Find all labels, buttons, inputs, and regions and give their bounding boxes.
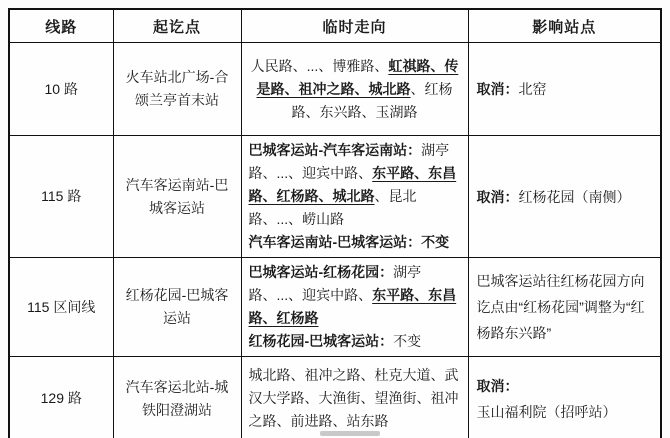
text-segment: 汽车客运南站-巴城客运站：不变 [249,234,450,250]
text-segment: 巴城客运站往红杨花园方向讫点由“红杨花园”调整为“红杨路东兴路” [477,273,645,341]
text-segment: 巴城客运站-汽车客运南站： [249,142,422,158]
cell-line-number: 10 路 [9,43,113,136]
cell-affected-stops: 取消：红杨花园（南侧） [468,136,661,258]
cell-affected-stops: 取消：玉山福利院（招呼站） [468,357,661,438]
text-segment: 取消： [477,81,519,97]
header-row: 线路 起讫点 临时走向 影响站点 [9,9,661,43]
text-segment: 人民路、...、博雅路、 [251,58,389,74]
table-row: 115 路汽车客运南站-巴城客运站巴城客运站-汽车客运南站：湖亭路、...、迎宾… [9,136,661,258]
text-segment: 巴城客运站-红杨花园： [249,264,394,280]
page: 线路 起讫点 临时走向 影响站点 10 路火车站北广场-合颂兰亭首末站人民路、.… [0,0,670,438]
text-segment: 城北路、祖冲之路、杜克大道、武汉大学路、大渔街、望渔街、祖冲之路、前进路、站东路 [249,367,459,429]
text-segment: 北窑 [519,81,547,97]
col-header-endpoints: 起讫点 [113,9,241,43]
text-segment: 取消： [477,189,519,205]
cell-temporary-route: 巴城客运站-汽车客运南站：湖亭路、...、迎宾中路、东平路、东昌路、红杨路、城北… [241,136,468,258]
cell-endpoints: 汽车客运北站-城铁阳澄湖站 [113,357,241,438]
cell-temporary-route: 城北路、祖冲之路、杜克大道、武汉大学路、大渔街、望渔街、祖冲之路、前进路、站东路 [241,357,468,438]
text-segment: 红杨花园-巴城客运站： [249,333,394,349]
cell-endpoints: 汽车客运南站-巴城客运站 [113,136,241,258]
col-header-line: 线路 [9,9,113,43]
table-row: 115 区间线红杨花园-巴城客运站巴城客运站-红杨花园：湖亭路、...、迎宾中路… [9,258,661,357]
text-segment: 红杨花园（南侧） [519,189,631,205]
col-header-affected-stops: 影响站点 [468,9,661,43]
cell-temporary-route: 人民路、...、博雅路、虹祺路、传是路、祖冲之路、城北路、红杨路、东兴路、玉湖路 [241,43,468,136]
text-paragraph: 人民路、...、博雅路、虹祺路、传是路、祖冲之路、城北路、红杨路、东兴路、玉湖路 [249,55,461,124]
text-paragraph: 红杨花园-巴城客运站：不变 [249,330,461,353]
cell-endpoints: 红杨花园-巴城客运站 [113,258,241,357]
table-row: 129 路汽车客运北站-城铁阳澄湖站城北路、祖冲之路、杜克大道、武汉大学路、大渔… [9,357,661,438]
cell-line-number: 115 路 [9,136,113,258]
text-segment: 取消： [477,378,519,394]
text-paragraph: 汽车客运南站-巴城客运站：不变 [249,231,461,254]
bus-route-notice-table: 线路 起讫点 临时走向 影响站点 10 路火车站北广场-合颂兰亭首末站人民路、.… [8,8,662,438]
text-paragraph: 取消：北窑 [477,76,653,102]
text-segment: 玉山福利院（招呼站） [477,404,617,420]
text-paragraph: 巴城客运站往红杨花园方向讫点由“红杨花园”调整为“红杨路东兴路” [477,268,653,346]
scrollbar-thumb[interactable] [320,431,380,436]
cell-temporary-route: 巴城客运站-红杨花园：湖亭路、...、迎宾中路、东平路、东昌路、红杨路红杨花园-… [241,258,468,357]
cell-line-number: 129 路 [9,357,113,438]
text-paragraph: 巴城客运站-汽车客运南站：湖亭路、...、迎宾中路、东平路、东昌路、红杨路、城北… [249,139,461,231]
col-header-temporary-route: 临时走向 [241,9,468,43]
text-segment: 不变 [393,333,421,349]
cell-line-number: 115 区间线 [9,258,113,357]
cell-affected-stops: 巴城客运站往红杨花园方向讫点由“红杨花园”调整为“红杨路东兴路” [468,258,661,357]
table-header: 线路 起讫点 临时走向 影响站点 [9,9,661,43]
text-paragraph: 城北路、祖冲之路、杜克大道、武汉大学路、大渔街、望渔街、祖冲之路、前进路、站东路 [249,364,461,433]
text-paragraph: 取消：红杨花园（南侧） [477,184,653,210]
cell-affected-stops: 取消：北窑 [468,43,661,136]
text-paragraph: 巴城客运站-红杨花园：湖亭路、...、迎宾中路、东平路、东昌路、红杨路 [249,261,461,330]
table-row: 10 路火车站北广场-合颂兰亭首末站人民路、...、博雅路、虹祺路、传是路、祖冲… [9,43,661,136]
text-paragraph: 取消：玉山福利院（招呼站） [477,373,653,425]
table-body: 10 路火车站北广场-合颂兰亭首末站人民路、...、博雅路、虹祺路、传是路、祖冲… [9,43,661,438]
cell-endpoints: 火车站北广场-合颂兰亭首末站 [113,43,241,136]
